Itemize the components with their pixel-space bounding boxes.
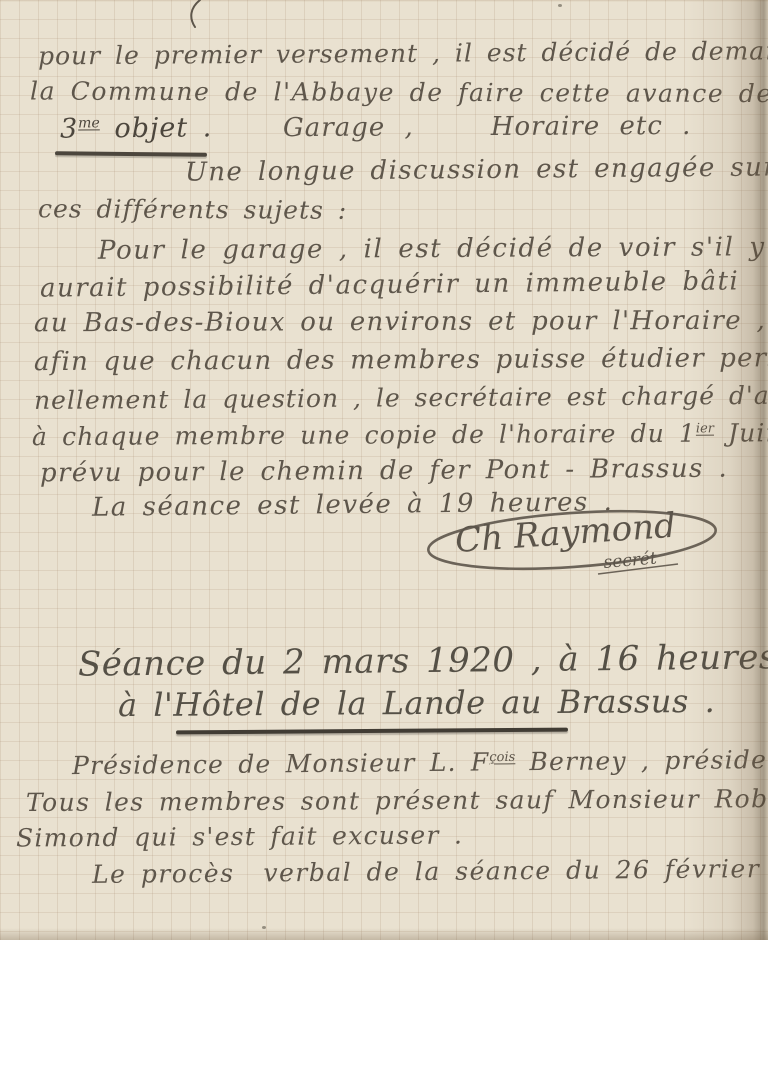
handwritten-line-membres: Tous les membres sont présent sauf Monsi… <box>26 785 768 817</box>
signature: Ch Raymond secrét <box>422 494 722 580</box>
page-edge-shadow-bottom <box>0 928 768 940</box>
session-heading-line2: à l'Hôtel de la Lande au Brassus . <box>118 684 715 723</box>
handwritten-line-secretaire: nellement la question , le secrétaire es… <box>34 381 768 414</box>
page-edge-shadow-right <box>684 0 768 940</box>
objet-heading: 3me objet . <box>60 113 213 144</box>
handwritten-line-pontbrassus: prévu pour le chemin de fer Pont - Brass… <box>40 455 728 488</box>
objet-items: Garage , Horaire etc . <box>283 112 692 143</box>
handwritten-line-garage: Pour le garage , il est décidé de voir s… <box>98 233 766 265</box>
handwritten-line-discussion: Une longue discussion est engagée sur <box>185 153 768 187</box>
handwritten-line-etudier: afin que chacun des membres puisse étudi… <box>34 344 768 377</box>
handwritten-line-presidence: Présidence de Monsieur L. Fçois Berney ,… <box>72 746 768 780</box>
ink-speck <box>558 4 562 7</box>
handwritten-line-bioux: au Bas-des-Bioux ou environs et pour l'H… <box>34 307 766 338</box>
handwritten-line-commune: la Commune de l'Abbaye de faire cette av… <box>30 78 768 108</box>
scanned-page: pour le premier versement , il est décid… <box>0 0 768 940</box>
cutoff-pen-stroke <box>186 0 208 28</box>
handwritten-line-proces: Le procès verbal de la séance du 26 févr… <box>92 855 760 888</box>
handwritten-line-simond: Simond qui s'est fait excuser . <box>16 821 463 852</box>
session-heading-line1: Séance du 2 mars 1920 , à 16 heures <box>78 639 768 684</box>
handwritten-line-horaire1920: à chaque membre une copie de l'horaire d… <box>32 419 768 451</box>
handwritten-line-versement: pour le premier versement , il est décid… <box>38 38 738 70</box>
handwritten-line-sujets: ces différents sujets : <box>38 195 347 224</box>
